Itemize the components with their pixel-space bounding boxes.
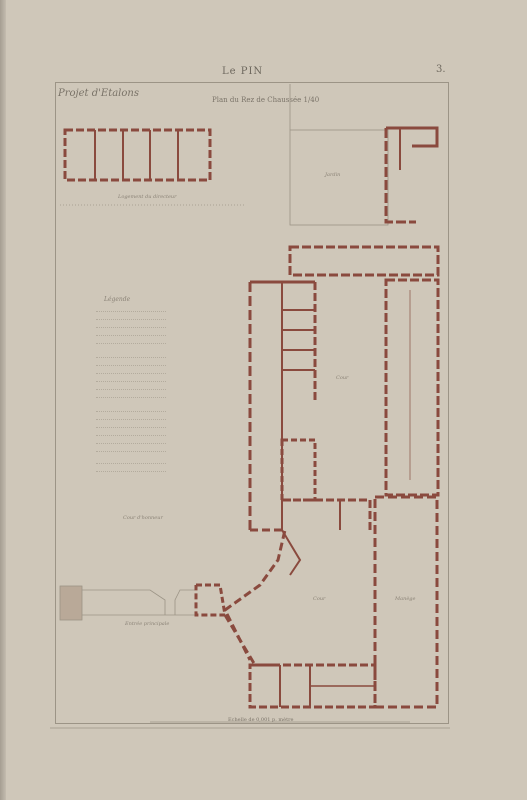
room-label-jardin: Jardin xyxy=(325,172,340,178)
scale-label: Echelle de 0,001 p. mètre xyxy=(228,717,293,723)
floor-plan-drawing xyxy=(0,0,527,800)
room-label-cour: Cour xyxy=(336,375,348,381)
room-label-entree-principale: Entrée principale xyxy=(125,621,169,627)
room-label-logement-directeur: Logement du directeur xyxy=(118,194,177,200)
room-label-manege: Manège xyxy=(395,596,415,602)
room-label-cour-south: Cour xyxy=(313,596,325,602)
room-label-cour-honneur: Cour d'honneur xyxy=(123,515,163,521)
